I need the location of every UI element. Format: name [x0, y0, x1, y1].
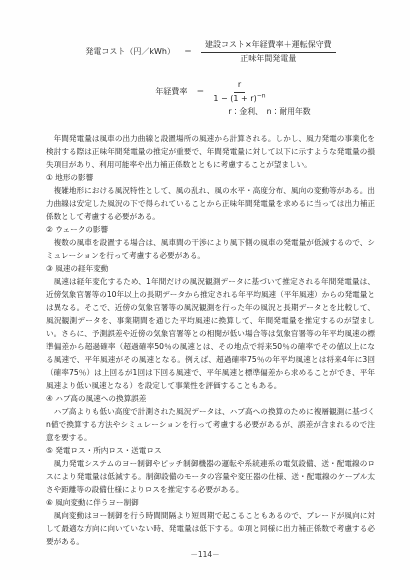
denominator-exponent: −n [257, 92, 266, 99]
fraction-denominator: 1 − (1 + r)−n [213, 93, 265, 105]
section-heading-annual-wind-variation: ③ 風速の経年変動 [46, 262, 375, 275]
section-heading-losses: ⑤ 発電ロス・所内ロス・送電ロス [46, 444, 375, 457]
section-body-wake: 複数の風車を設置する場合は、風車間の干渉により風下側の風車の発電量が低減するので… [46, 236, 375, 262]
annual-expense-rate-formula: 年経費率 ＝ r 1 − (1 + r)−n [46, 80, 375, 104]
section-heading-hub-height-conversion: ④ ハブ高の風速への換算誤差 [46, 392, 375, 405]
denominator-base: 1 − (1 + r) [213, 94, 256, 103]
fraction-denominator: 正味年間発電量 [240, 53, 296, 65]
section-body-terrain: 複雑地形における風況特性として、風の乱れ、風の水平・高度分布、風向の変動等がある… [46, 184, 375, 223]
page-content: 発電コスト（円／kWh） ＝ 建設コスト×年経費率＋運転保守費 正味年間発電量 … [0, 0, 410, 548]
section-body-hub-height-conversion: ハブ高よりも低い高度で計測された風況データは、ハブ高への換算のために複層観測に基… [46, 405, 375, 444]
fraction-numerator: r [234, 80, 245, 93]
formula-variable-legend: r：金利、 n：耐用年数 [46, 106, 375, 118]
formula-lhs: 発電コスト（円／kWh） [85, 47, 175, 57]
formula-lhs: 年経費率 [155, 87, 187, 97]
generation-cost-formula: 発電コスト（円／kWh） ＝ 建設コスト×年経費率＋運転保守費 正味年間発電量 [46, 40, 375, 64]
fraction: 建設コスト×年経費率＋運転保守費 正味年間発電量 [201, 40, 336, 64]
fraction: r 1 − (1 + r)−n [213, 80, 265, 104]
section-heading-wake: ② ウェークの影響 [46, 223, 375, 236]
document-page: 発電コスト（円／kWh） ＝ 建設コスト×年経費率＋運転保守費 正味年間発電量 … [0, 0, 410, 580]
section-body-losses: 風力発電システムのヨー制御やピッチ制御機器の運転や系統連系の電気設備、送・配電線… [46, 457, 375, 496]
intro-paragraph: 年間発電量は風車の出力曲線と設置場所の風速から計算される。しかし、風力発電の事業… [46, 132, 375, 171]
fraction-numerator: 建設コスト×年経費率＋運転保守費 [201, 40, 336, 53]
equals-sign: ＝ [196, 87, 204, 97]
section-heading-terrain: ① 地形の影響 [46, 171, 375, 184]
section-body-annual-wind-variation: 風速は経年変化するため、1年間だけの風況観測データに基づいて推定される年間発電量… [46, 275, 375, 392]
equals-sign: ＝ [184, 47, 192, 57]
section-heading-yaw-control: ⑥ 風向変動に伴うヨー制御 [46, 496, 375, 509]
section-body-yaw-control: 風向変動はヨー制御を行う時間間隔より短周期で起こることもあるので、ブレードが風向… [46, 509, 375, 548]
page-number: －114－ [0, 549, 410, 560]
